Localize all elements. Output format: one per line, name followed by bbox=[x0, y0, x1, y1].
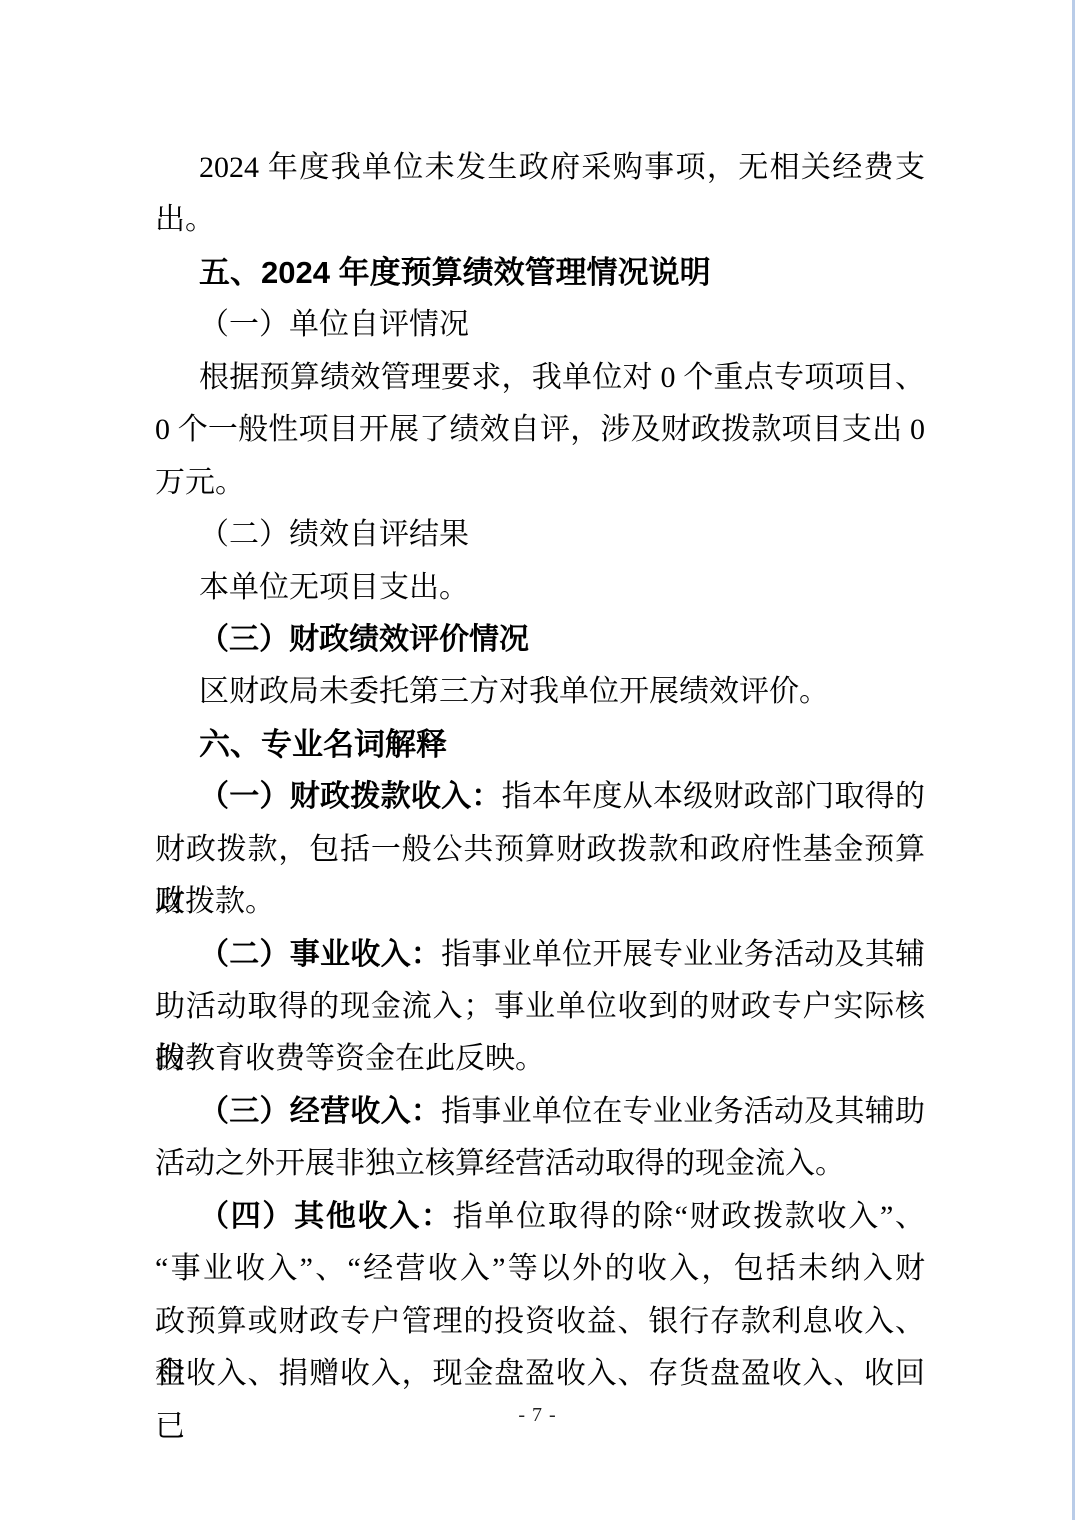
section-heading: 六、专业名词解释 bbox=[155, 719, 925, 771]
text-run: 的教育收费等资金在此反映。 bbox=[155, 1042, 545, 1075]
text-line: 根据预算绩效管理要求，我单位对 0 个重点专项项目、 bbox=[155, 352, 925, 404]
text-line: （一）财政拨款收入：指本年度从本级财政部门取得的 bbox=[155, 771, 925, 823]
text-run: （一）单位自评情况 bbox=[199, 308, 469, 341]
text-line: 万元。 bbox=[155, 457, 925, 509]
text-run: 本单位无项目支出。 bbox=[199, 571, 469, 604]
text-line: 政预算或财政专户管理的投资收益、银行存款利息收入、租 bbox=[155, 1296, 925, 1348]
text-run: 0 个一般性项目开展了绩效自评，涉及财政拨款项目支出 0 bbox=[155, 413, 925, 446]
text-line: 财政拨款，包括一般公共预算财政拨款和政府性基金预算财 bbox=[155, 824, 925, 876]
text-run: （二）事业收入： bbox=[199, 938, 441, 971]
text-run: 指事业单位在专业业务活动及其辅助 bbox=[441, 1095, 925, 1128]
text-line: （二）事业收入：指事业单位开展专业业务活动及其辅 bbox=[155, 929, 925, 981]
text-line: （三）财政绩效评价情况 bbox=[155, 614, 925, 666]
document-page: 2024 年度我单位未发生政府采购事项，无相关经费支出。五、2024 年度预算绩… bbox=[0, 0, 1075, 1520]
text-line: （四）其他收入：指单位取得的除“财政拨款收入”、 bbox=[155, 1191, 925, 1243]
text-run: 六、专业名词解释 bbox=[199, 727, 447, 762]
text-line: 的教育收费等资金在此反映。 bbox=[155, 1033, 925, 1085]
text-run: 区财政局未委托第三方对我单位开展绩效评价。 bbox=[199, 675, 829, 708]
text-run: （四）其他收入： bbox=[199, 1200, 453, 1233]
text-line: 0 个一般性项目开展了绩效自评，涉及财政拨款项目支出 0 bbox=[155, 404, 925, 456]
document-text: 2024 年度我单位未发生政府采购事项，无相关经费支出。五、2024 年度预算绩… bbox=[155, 142, 925, 1401]
text-run: 出。 bbox=[155, 203, 215, 236]
text-line: 活动之外开展非独立核算经营活动取得的现金流入。 bbox=[155, 1138, 925, 1190]
text-run: （二）绩效自评结果 bbox=[199, 518, 469, 551]
text-run: （三）财政绩效评价情况 bbox=[199, 623, 529, 656]
text-run: “事业收入”、“经营收入”等以外的收入，包括未纳入财 bbox=[155, 1252, 925, 1285]
text-line: 2024 年度我单位未发生政府采购事项，无相关经费支 bbox=[155, 142, 925, 194]
text-run: 活动之外开展非独立核算经营活动取得的现金流入。 bbox=[155, 1147, 845, 1180]
page-number: - 7 - bbox=[0, 1400, 1075, 1430]
text-run: 指本年度从本级财政部门取得的 bbox=[502, 780, 925, 813]
text-run: （三）经营收入： bbox=[199, 1095, 441, 1128]
text-run: 指事业单位开展专业业务活动及其辅 bbox=[441, 938, 925, 971]
text-line: （二）绩效自评结果 bbox=[155, 509, 925, 561]
text-run: 根据预算绩效管理要求，我单位对 0 个重点专项项目、 bbox=[199, 361, 925, 394]
text-line: 金收入、捐赠收入，现金盘盈收入、存货盘盈收入、收回已 bbox=[155, 1348, 925, 1400]
section-heading: 五、2024 年度预算绩效管理情况说明 bbox=[155, 247, 925, 299]
text-line: 区财政局未委托第三方对我单位开展绩效评价。 bbox=[155, 666, 925, 718]
text-line: 政拨款。 bbox=[155, 876, 925, 928]
text-line: 出。 bbox=[155, 194, 925, 246]
text-line: （三）经营收入：指事业单位在专业业务活动及其辅助 bbox=[155, 1086, 925, 1138]
text-line: 助活动取得的现金流入；事业单位收到的财政专户实际核拨 bbox=[155, 981, 925, 1033]
text-line: 本单位无项目支出。 bbox=[155, 562, 925, 614]
text-run: 政拨款。 bbox=[155, 885, 275, 918]
text-line: “事业收入”、“经营收入”等以外的收入，包括未纳入财 bbox=[155, 1243, 925, 1295]
text-line: （一）单位自评情况 bbox=[155, 299, 925, 351]
text-run: 2024 年度我单位未发生政府采购事项，无相关经费支 bbox=[199, 151, 925, 184]
text-run: （一）财政拨款收入： bbox=[199, 780, 502, 813]
text-run: 万元。 bbox=[155, 466, 245, 499]
text-run: 五、2024 年度预算绩效管理情况说明 bbox=[199, 255, 711, 290]
text-run: 指单位取得的除“财政拨款收入”、 bbox=[453, 1200, 925, 1233]
